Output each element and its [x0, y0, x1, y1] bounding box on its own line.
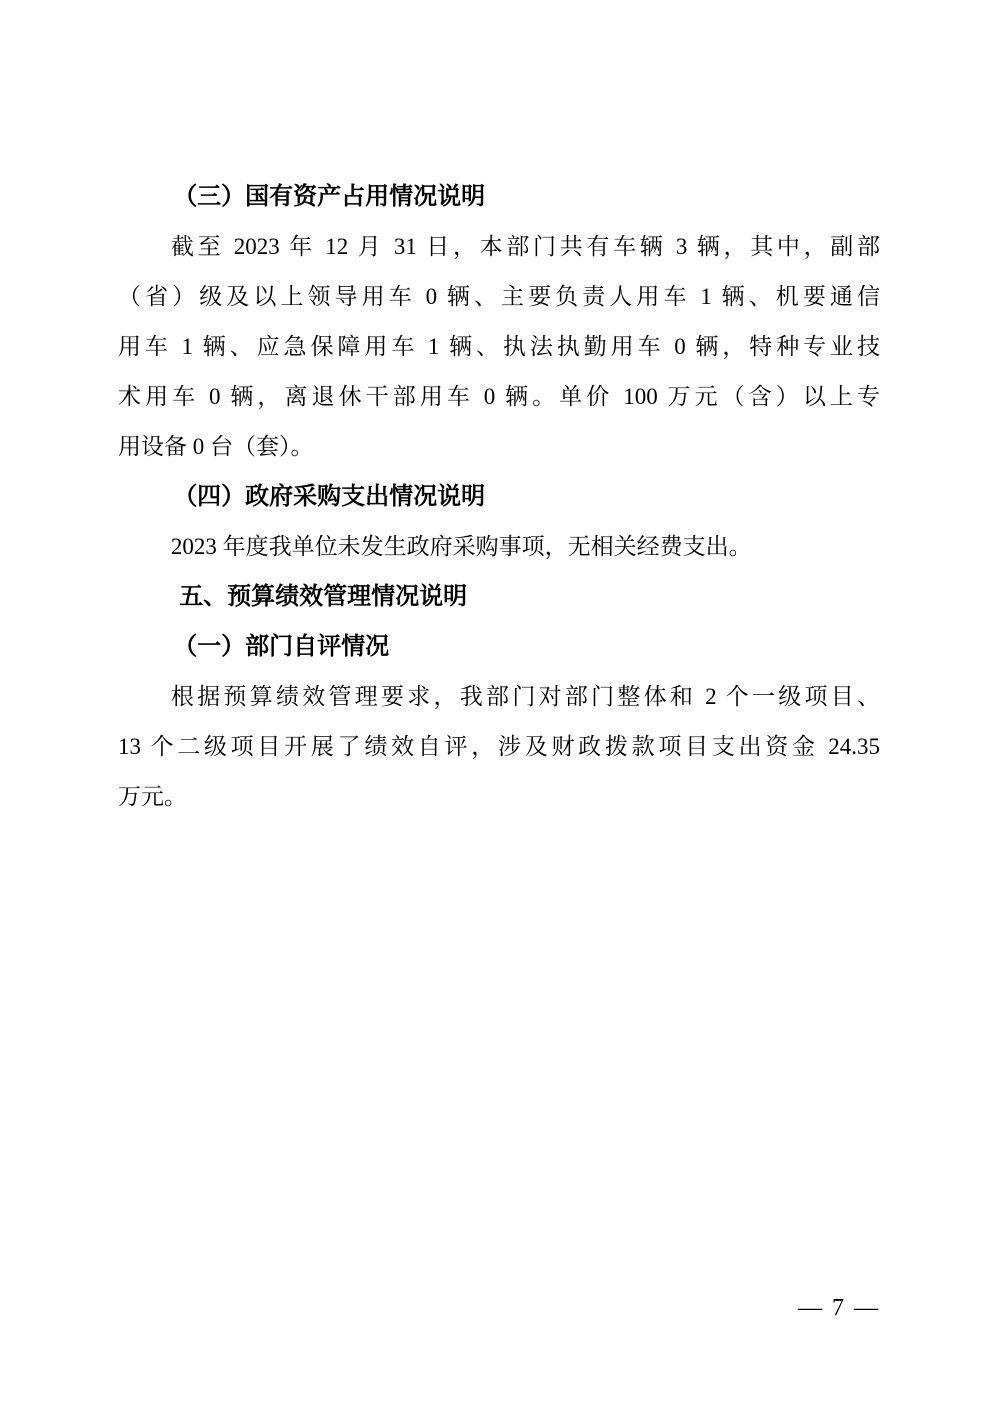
paragraph-line: 13 个二级项目开展了绩效自评，涉及财政拨款项目支出资金 24.35 [118, 722, 880, 772]
paragraph-line: （省）级及以上领导用车 0 辆、主要负责人用车 1 辆、机要通信 [118, 272, 880, 322]
section-heading: （一）部门自评情况 [118, 622, 880, 672]
paragraph: 根据预算绩效管理要求，我部门对部门整体和 2 个一级项目、13 个二级项目开展了… [118, 672, 880, 822]
paragraph-line: 术用车 0 辆，离退休干部用车 0 辆。单价 100 万元（含）以上专 [118, 372, 880, 422]
document-body: （三）国有资产占用情况说明截至 2023 年 12 月 31 日，本部门共有车辆… [118, 172, 880, 822]
paragraph-line: 用车 1 辆、应急保障用车 1 辆、执法执勤用车 0 辆，特种专业技 [118, 322, 880, 372]
paragraph-line: 用设备 0 台（套）。 [118, 422, 880, 472]
section-heading: （四）政府采购支出情况说明 [118, 472, 880, 522]
paragraph-line: 2023 年度我单位未发生政府采购事项，无相关经费支出。 [118, 522, 880, 572]
document-page: （三）国有资产占用情况说明截至 2023 年 12 月 31 日，本部门共有车辆… [0, 0, 1000, 1414]
section-heading: （三）国有资产占用情况说明 [118, 172, 880, 222]
paragraph-line: 截至 2023 年 12 月 31 日，本部门共有车辆 3 辆，其中，副部 [118, 222, 880, 272]
chapter-heading: 五、预算绩效管理情况说明 [118, 572, 880, 622]
paragraph: 2023 年度我单位未发生政府采购事项，无相关经费支出。 [118, 522, 880, 572]
page-number: — 7 — [798, 1293, 880, 1323]
paragraph: 截至 2023 年 12 月 31 日，本部门共有车辆 3 辆，其中，副部（省）… [118, 222, 880, 472]
paragraph-line: 万元。 [118, 772, 880, 822]
paragraph-line: 根据预算绩效管理要求，我部门对部门整体和 2 个一级项目、 [118, 672, 880, 722]
